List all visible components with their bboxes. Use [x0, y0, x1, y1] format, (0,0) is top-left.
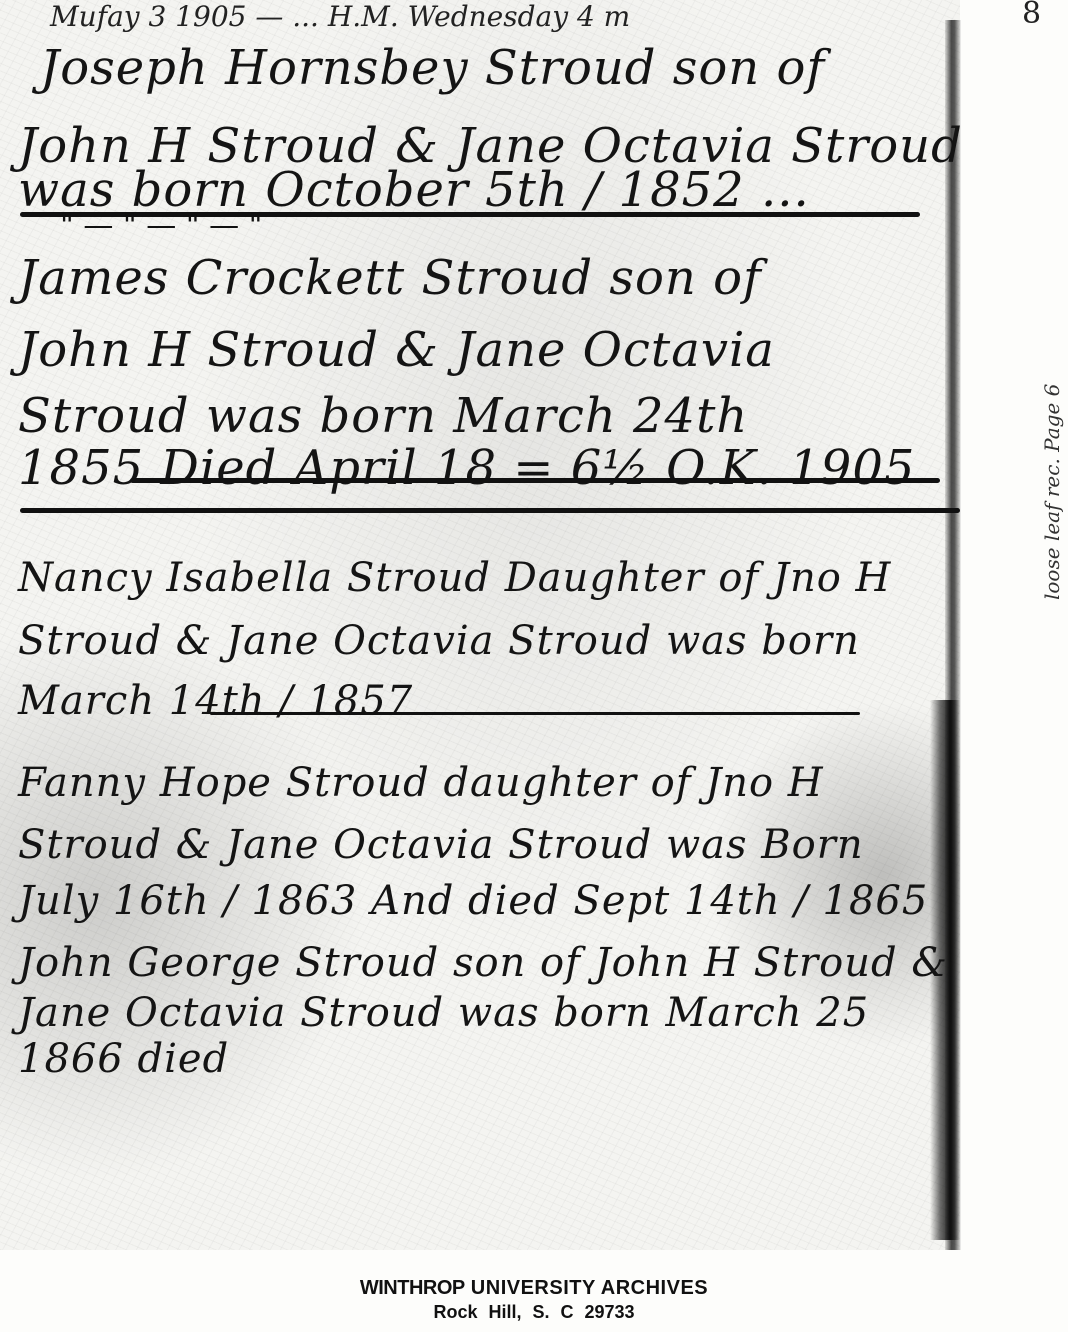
- scanned-page: Mufay 3 1905 — ... H.M. Wednesday 4 m Jo…: [0, 0, 960, 1250]
- stamp-brand: WINTHROP: [360, 1277, 465, 1299]
- entry-3-line-3: March 14th / 1857: [18, 678, 413, 724]
- ditto-mark: " — " — " — ": [60, 208, 262, 243]
- entry-5-line-1: John George Stroud son of John H Stroud …: [18, 940, 948, 986]
- entry-3-line-1: Nancy Isabella Stroud Daughter of Jno H: [18, 555, 891, 601]
- entry-2-line-4: 1855 Died April 18 = 6½ O.K. 1905: [18, 440, 915, 496]
- stamp-address: Rock Hill, S. C 29733: [0, 1300, 1068, 1324]
- margin-note: loose leaf rec. Page 6: [1040, 384, 1064, 600]
- stamp-line1: UNIVERSITY ARCHIVES: [465, 1277, 708, 1299]
- page-header-note: Mufay 3 1905 — ... H.M. Wednesday 4 m: [50, 0, 630, 33]
- underline-rule: [130, 478, 940, 483]
- entry-4-line-3: July 16th / 1863 And died Sept 14th / 18…: [18, 878, 928, 924]
- page-number: 8: [1022, 0, 1041, 31]
- divider-rule: [210, 712, 860, 715]
- entry-4-line-1: Fanny Hope Stroud daughter of Jno H: [18, 760, 824, 806]
- entry-4-line-2: Stroud & Jane Octavia Stroud was Born: [18, 822, 864, 868]
- entry-3-line-2: Stroud & Jane Octavia Stroud was born: [18, 618, 860, 664]
- archive-stamp: WINTHROP UNIVERSITY ARCHIVES Rock Hill, …: [0, 1276, 1068, 1324]
- entry-2-line-3: Stroud was born March 24th: [18, 388, 748, 444]
- entry-2-line-1: James Crockett Stroud son of: [18, 250, 762, 306]
- divider-rule: [20, 508, 960, 513]
- entry-2-line-2: John H Stroud & Jane Octavia: [18, 322, 775, 378]
- entry-5-line-2: Jane Octavia Stroud was born March 25: [18, 990, 869, 1036]
- entry-5-line-3: 1866 died: [18, 1036, 229, 1082]
- entry-1-line-1: Joseph Hornsbey Stroud son of: [40, 40, 825, 96]
